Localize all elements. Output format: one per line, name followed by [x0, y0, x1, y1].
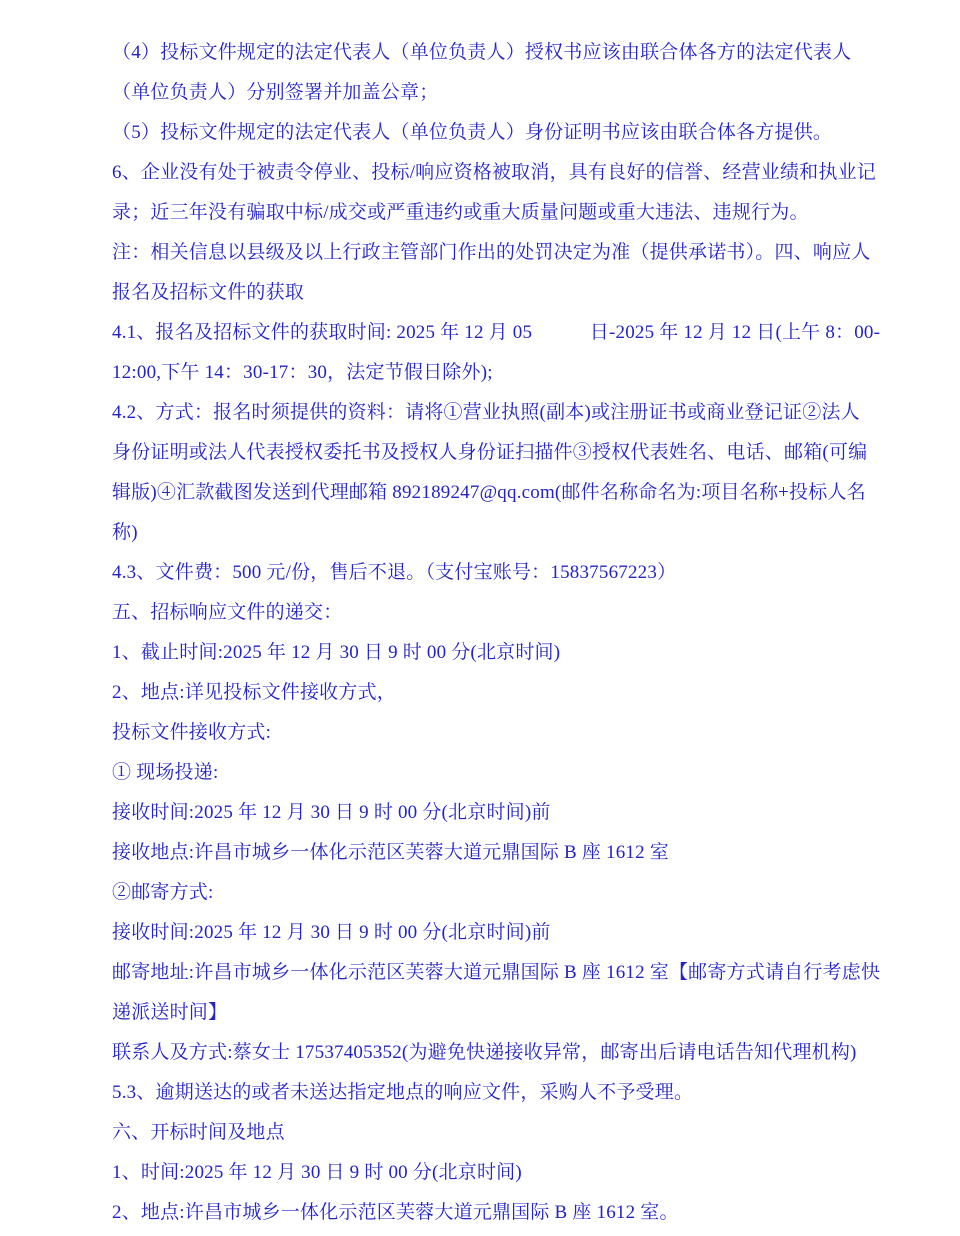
document-line: ②邮寄方式: — [112, 873, 850, 913]
document-page: （4）投标文件规定的法定代表人（单位负责人）授权书应该由联合体各方的法定代表人（… — [0, 0, 960, 1236]
document-line: 身份证明或法人代表授权委托书及授权人身份证扫描件③授权代表姓名、电话、邮箱(可编 — [112, 433, 850, 473]
document-line: 1、截止时间:2025 年 12 月 30 日 9 时 00 分(北京时间) — [112, 633, 850, 673]
document-line: 6、企业没有处于被责令停业、投标/响应资格被取消，具有良好的信誉、经营业绩和执业… — [112, 153, 850, 193]
document-line: 注：相关信息以县级及以上行政主管部门作出的处罚决定为准（提供承诺书）。四、响应人 — [112, 233, 850, 273]
document-line: 联系人及方式:蔡女士 17537405352(为避免快递接收异常，邮寄出后请电话… — [112, 1033, 850, 1073]
document-line: （4）投标文件规定的法定代表人（单位负责人）授权书应该由联合体各方的法定代表人 — [112, 33, 850, 73]
document-line: 4.2、方式：报名时须提供的资料：请将①营业执照(副本)或注册证书或商业登记证②… — [112, 393, 850, 433]
document-line: 录；近三年没有骗取中标/成交或严重违约或重大质量问题或重大违法、违规行为。 — [112, 193, 850, 233]
document-line: ① 现场投递: — [112, 753, 850, 793]
document-line: 2、地点:详见投标文件接收方式， — [112, 673, 850, 713]
document-line: 称) — [112, 513, 850, 553]
document-line: 1、时间:2025 年 12 月 30 日 9 时 00 分(北京时间) — [112, 1153, 850, 1193]
document-body: （4）投标文件规定的法定代表人（单位负责人）授权书应该由联合体各方的法定代表人（… — [112, 33, 850, 1233]
document-line: 12:00,下午 14：30-17：30，法定节假日除外); — [112, 353, 850, 393]
document-line: 接收地点:许昌市城乡一体化示范区芙蓉大道元鼎国际 B 座 1612 室 — [112, 833, 850, 873]
document-line: 辑版)④汇款截图发送到代理邮箱 892189247@qq.com(邮件名称命名为… — [112, 473, 850, 513]
document-line: （5）投标文件规定的法定代表人（单位负责人）身份证明书应该由联合体各方提供。 — [112, 113, 850, 153]
document-line: 接收时间:2025 年 12 月 30 日 9 时 00 分(北京时间)前 — [112, 913, 850, 953]
document-line: 报名及招标文件的获取 — [112, 273, 850, 313]
document-line: 接收时间:2025 年 12 月 30 日 9 时 00 分(北京时间)前 — [112, 793, 850, 833]
document-line: 五、招标响应文件的递交： — [112, 593, 850, 633]
document-line: （单位负责人）分别签署并加盖公章； — [112, 73, 850, 113]
document-line: 邮寄地址:许昌市城乡一体化示范区芙蓉大道元鼎国际 B 座 1612 室【邮寄方式… — [112, 953, 850, 993]
document-line: 投标文件接收方式: — [112, 713, 850, 753]
document-line: 2、地点:许昌市城乡一体化示范区芙蓉大道元鼎国际 B 座 1612 室。 — [112, 1193, 850, 1233]
document-line: 4.3、文件费：500 元/份，售后不退。（支付宝账号：15837567223） — [112, 553, 850, 593]
document-line: 递派送时间】 — [112, 993, 850, 1033]
document-line: 六、开标时间及地点 — [112, 1113, 850, 1153]
document-line: 4.1、报名及招标文件的获取时间: 2025 年 12 月 05 日-2025 … — [112, 313, 850, 353]
document-line: 5.3、逾期送达的或者未送达指定地点的响应文件，采购人不予受理。 — [112, 1073, 850, 1113]
